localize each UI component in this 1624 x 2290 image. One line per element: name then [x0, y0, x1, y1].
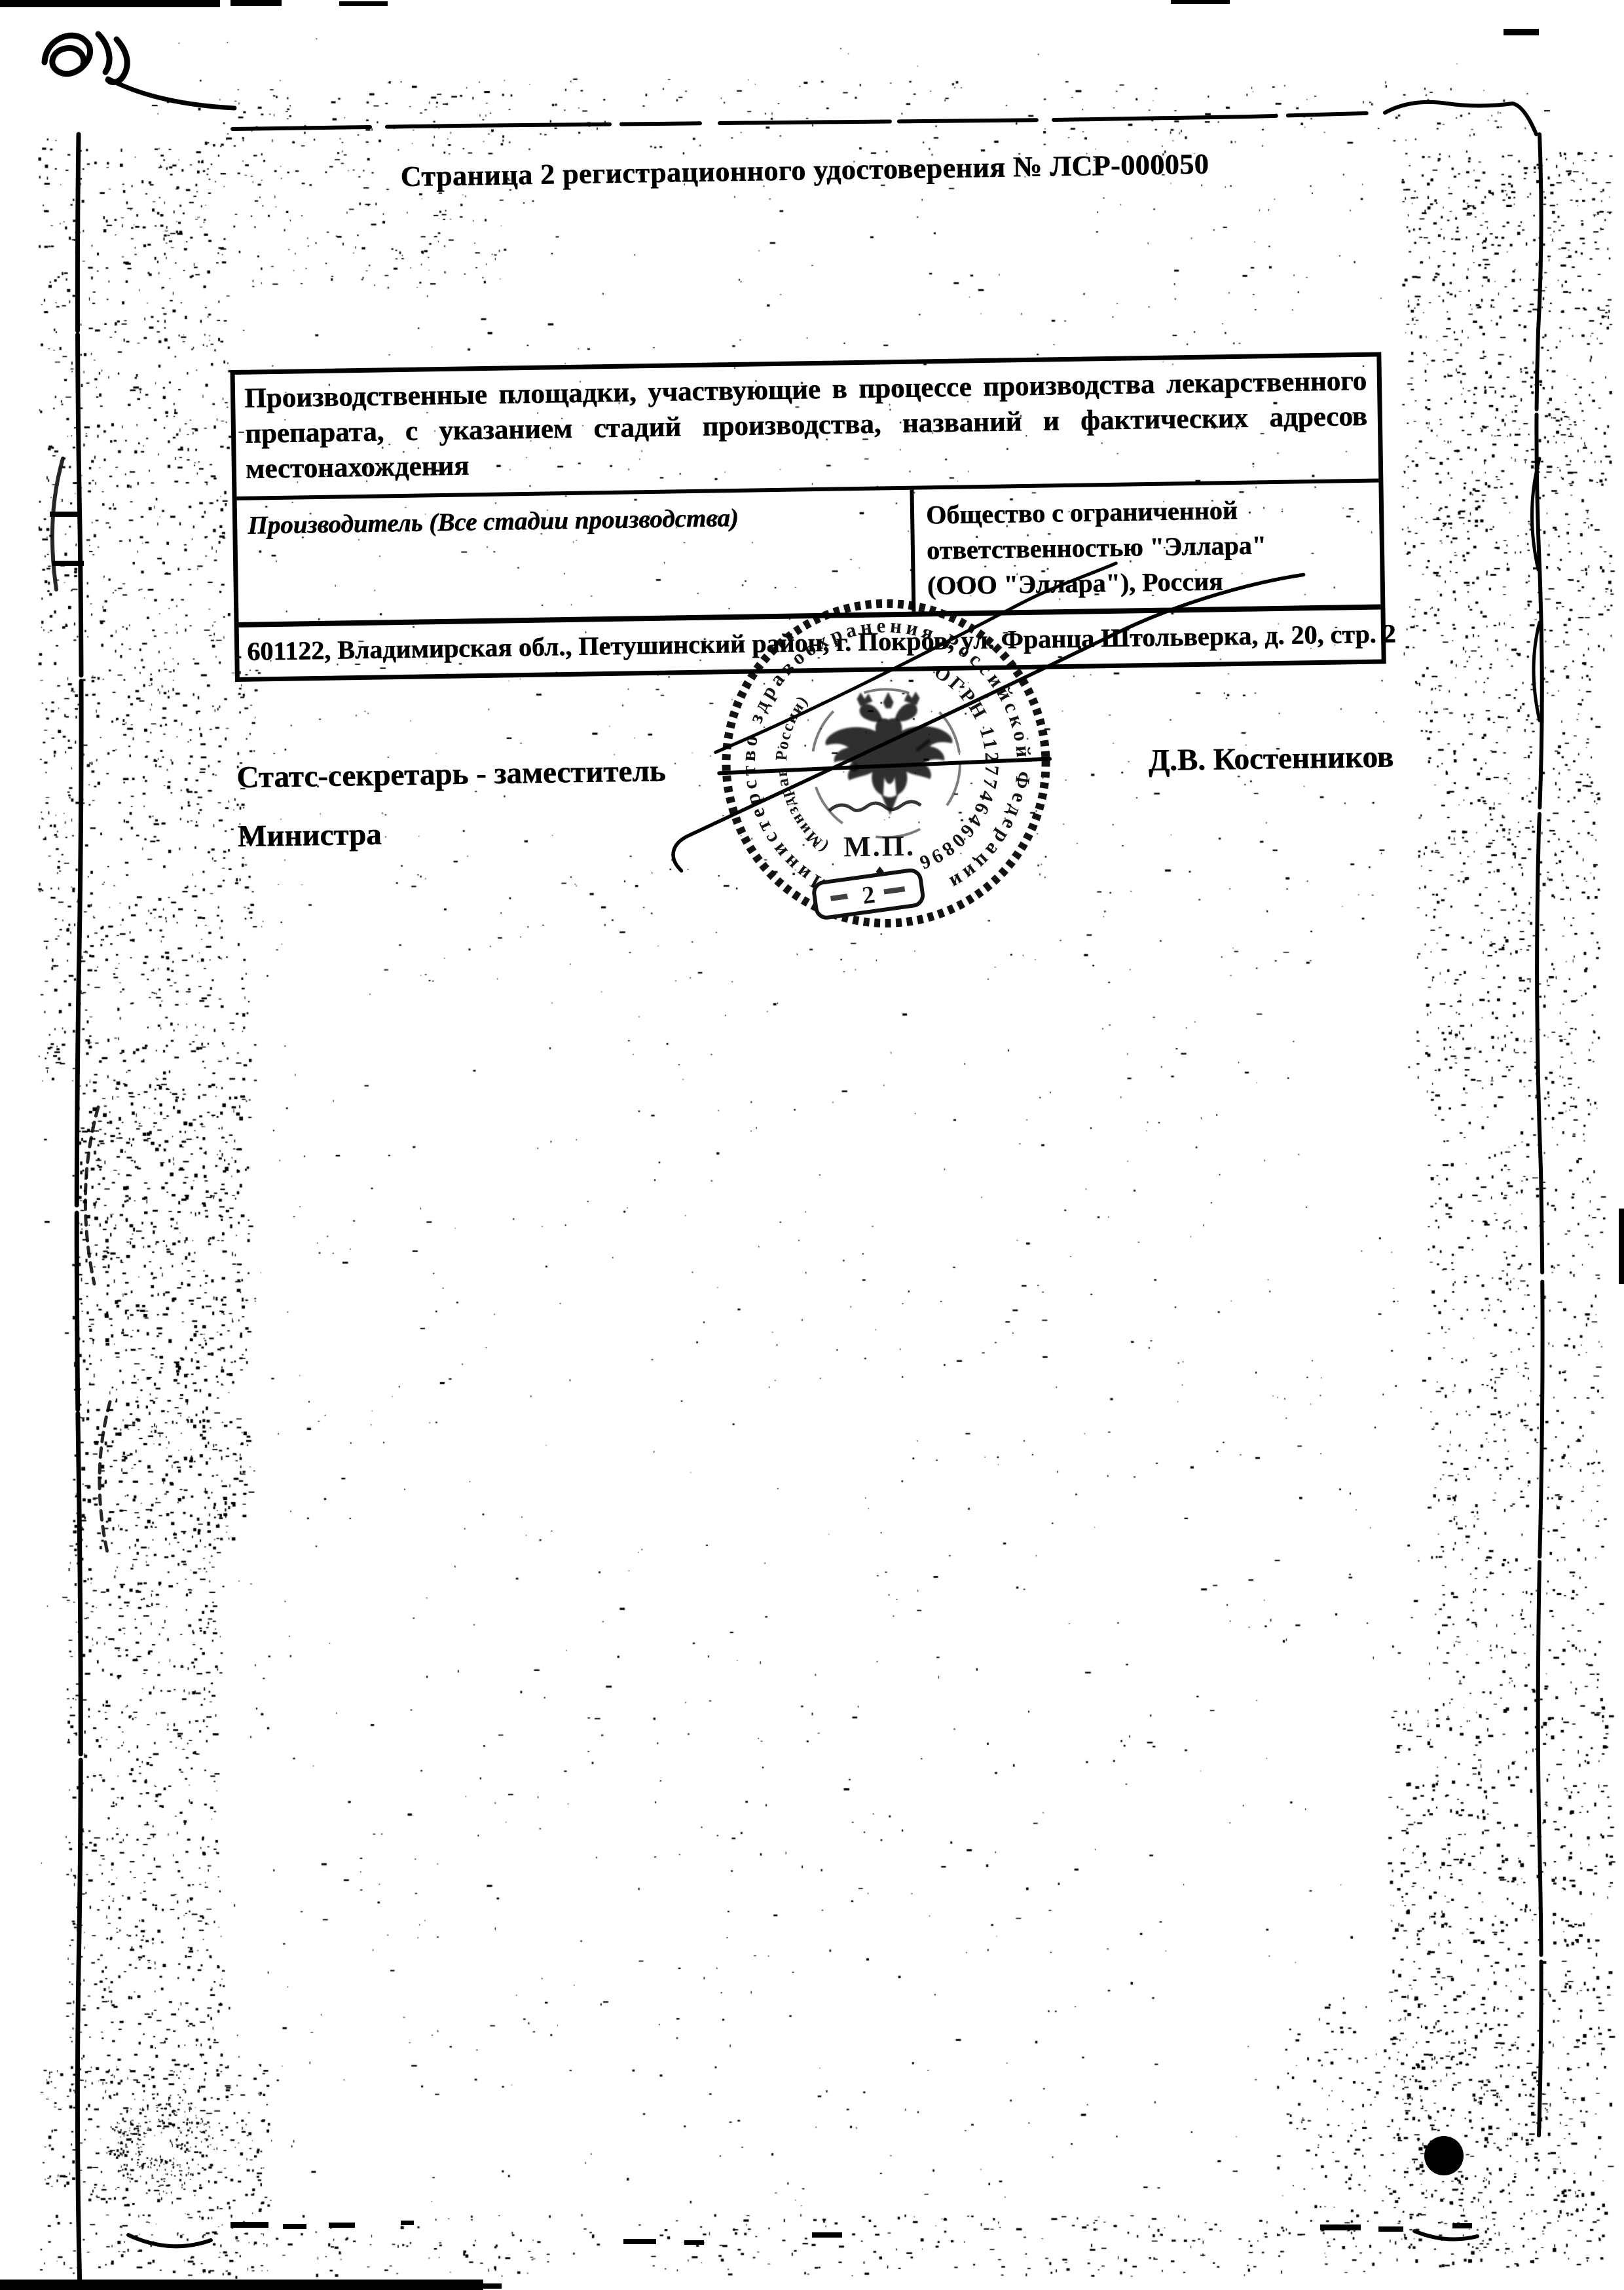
seal-center-scribble	[829, 802, 921, 811]
stamp-seal: Министерство здравоохранения Российской …	[724, 601, 1048, 926]
document-content: Страница 2 регистрационного удостоверени…	[0, 0, 1624, 2290]
seal-mp-label: М.П.	[843, 830, 916, 863]
seal-number-plate: 2	[813, 869, 924, 919]
signature-stroke-short	[712, 563, 1118, 753]
double-headed-eagle-emblem	[824, 691, 953, 816]
scanned-certificate-page: Страница 2 регистрационного удостоверени…	[0, 0, 1624, 2290]
official-seal-and-signature: Министерство здравоохранения Российской …	[0, 0, 1624, 2290]
